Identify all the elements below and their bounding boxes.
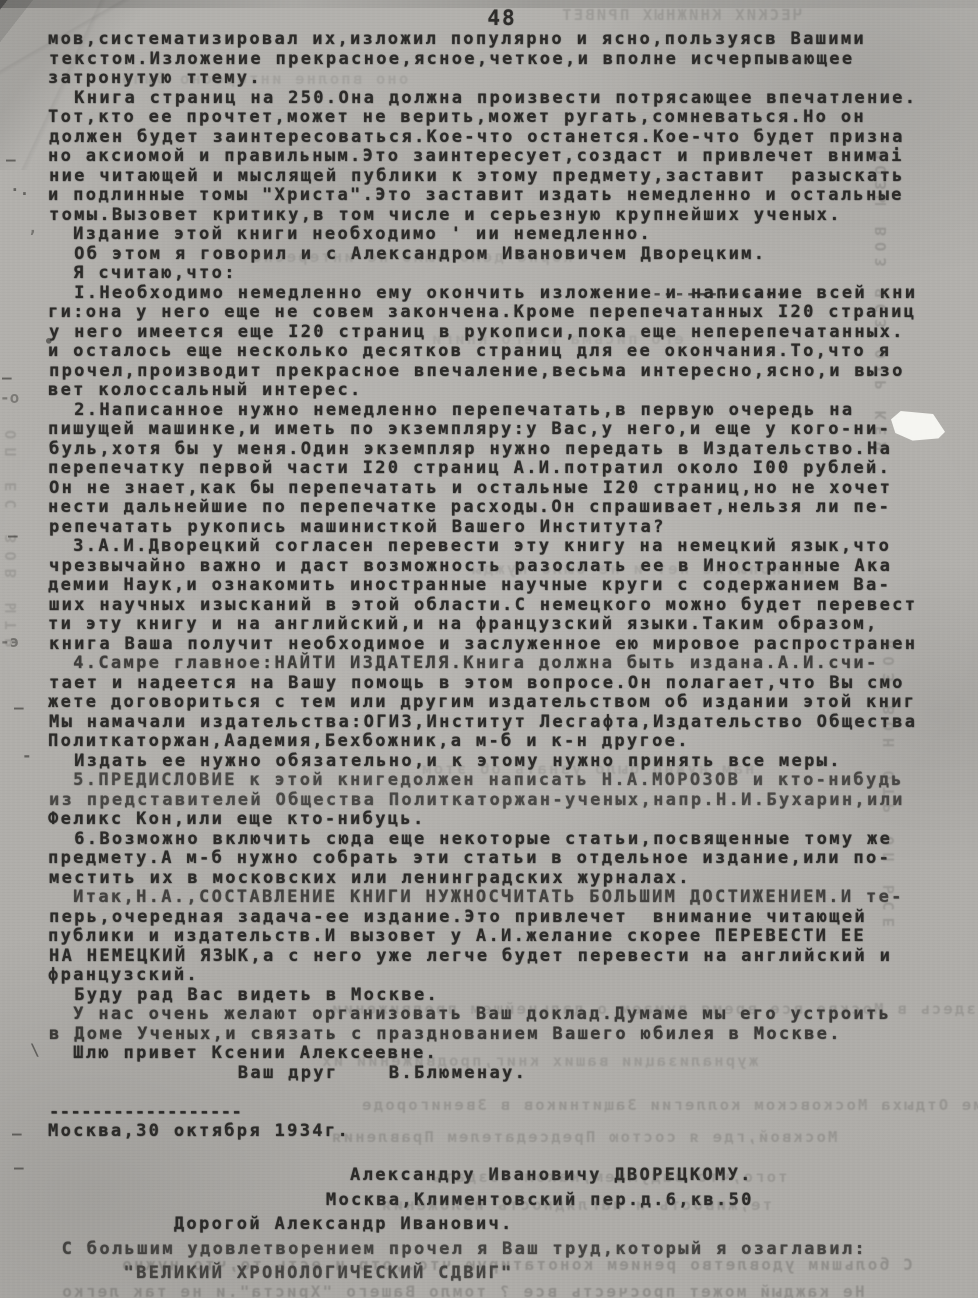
- typewritten-line: буль,хотя бы у меня.Один экземпляр нужно…: [49, 440, 960, 460]
- typewritten-line: перепечатку первой части I20 страниц А.И…: [48, 459, 960, 479]
- typewritten-line: книга Ваша получит необходимое и заслуже…: [49, 635, 960, 655]
- typewritten-line: Мы намачали издательства:ОГИЗ,Институт Л…: [49, 713, 960, 733]
- bleedthrough-text: ЧЕСКИХ КНИЖНЫХ ПРИВЕТ: [560, 6, 802, 24]
- typewritten-line: в Доме Ученых,и связать с празднованием …: [49, 1025, 960, 1045]
- typewritten-line: [48, 1083, 960, 1103]
- typewritten-line: Москва,Климентовский пер.д.6,кв.50: [49, 1191, 960, 1211]
- bleedthrough-text: ОП ЕС ЗОВ ЫТР: [2, 430, 20, 790]
- typewritten-line: ги:она у него еще не совем закончена.Кро…: [48, 303, 960, 323]
- typewritten-line: 6.Возможно включить сюда еще некоторые с…: [49, 830, 960, 850]
- typewritten-line: ших научных изысканий в этой области.С н…: [49, 596, 960, 616]
- typewritten-line: Тот,кто ее прочтет,может не верить,может…: [48, 108, 960, 128]
- typewritten-line: вет колоссальный интерес.: [48, 381, 960, 401]
- typewritten-line: нести дальнейшие по перепечатке расходы.…: [48, 498, 960, 518]
- typewritten-line: Шлю привет Ксении Алексеевне.: [48, 1044, 960, 1064]
- margin-mark: —: [2, 368, 12, 387]
- typewritten-line: I.Необходимо немедленно ему окончить изл…: [49, 284, 960, 304]
- margin-mark: ,: [28, 218, 38, 237]
- typewritten-line: "ВЕЛИКИЙ ХРОНОЛОГИЧЕСКИЙ СДВИГ": [48, 1264, 960, 1284]
- typewritten-line: и подлинные томы "Христа".Это заставит и…: [48, 186, 960, 206]
- typewritten-line: прочел,производит прекрасное впечаление,…: [49, 362, 960, 382]
- typewritten-line: 3.А.И.Дворецкий согласен перевести эту к…: [48, 537, 960, 557]
- typewritten-line: местить их в московских или ленинградски…: [49, 869, 960, 889]
- typewritten-line: Об этом я говорил и с Александром Иванов…: [49, 245, 960, 265]
- typewritten-line: 2.Написанное нужно немедленно перепечата…: [49, 401, 960, 421]
- margin-mark: —: [8, 526, 18, 545]
- letter-body: мов,систематизировал их,изложил популярн…: [48, 30, 960, 1284]
- margin-mark: —: [6, 150, 16, 169]
- typewritten-line: Он не знает,как бы перепечатать и осталь…: [49, 479, 960, 499]
- typewritten-line: у него имеется еще I20 страниц в рукопис…: [49, 323, 960, 343]
- typewritten-line: Ваш друг В.Блюменау.: [49, 1064, 960, 1084]
- typewritten-line: пишущей машинке,и иметь по экземпляру:у …: [48, 420, 960, 440]
- margin-mark: -: [22, 746, 32, 765]
- typewritten-line: 5.ПРЕДИСЛОВИЕ к этой книгедолжен написат…: [48, 771, 960, 791]
- typewritten-line: Политкаторжан,Аадемия,Бехбожник,а м-б и …: [48, 732, 960, 752]
- typewritten-line: и осталось еще несколько десятков страни…: [48, 342, 960, 362]
- typewritten-line: Феликс Кон,или еще кто-нибуць.: [48, 810, 960, 830]
- typewritten-line: тает и надеется на Вашу помощь в этом во…: [49, 674, 960, 694]
- typewritten-line: репечатать рукопись машинисткой Вашего И…: [49, 518, 960, 538]
- typewritten-line: У нас очень желают организовать Ваш докл…: [48, 1005, 960, 1025]
- margin-mark: ·.: [10, 180, 29, 199]
- typewritten-line: чрезвычайно важно и даст возможность раз…: [49, 557, 960, 577]
- typewritten-line: ти эту книгу и на английский,и на францу…: [48, 615, 960, 635]
- typewritten-line: ------------------: [49, 1103, 960, 1123]
- typewritten-line: но аксиомой и правильным.Это заинтересуе…: [48, 147, 960, 167]
- page-number: 48: [487, 6, 516, 30]
- scanned-page: 48 ------------ мов,систематизировал их,…: [0, 0, 978, 1298]
- typewritten-line: Издать ее нужно обязательно,и к этому ну…: [49, 752, 960, 772]
- typewritten-line: С большим удовлетворением прочел я Ваш т…: [49, 1240, 960, 1260]
- typewritten-line: [49, 1142, 960, 1162]
- typewritten-line: Москва,30 октября 1934г.: [48, 1122, 960, 1142]
- margin-mark: \: [30, 1040, 40, 1059]
- typewritten-line: перь,очередная задача-ее издание.Это при…: [49, 908, 960, 928]
- margin-mark: —: [14, 1158, 24, 1177]
- typewritten-line: должен будет заинтересоваться.Кое-что ос…: [49, 128, 960, 148]
- typewritten-line: Буду рад Вас видеть в Москве.: [49, 986, 960, 1006]
- typewritten-line: затронутую ттему.: [48, 69, 960, 89]
- margin-mark: —: [14, 698, 24, 717]
- typewritten-line: французский.: [48, 966, 960, 986]
- margin-mark: -о: [0, 388, 19, 407]
- typewritten-line: текстом.Изложение прекрасное,ясное,четко…: [49, 50, 960, 70]
- typewritten-line: ние читающей и мыслящей публики к этому …: [49, 167, 960, 187]
- typewritten-line: из представителей Общества Политкаторжан…: [49, 791, 960, 811]
- typewritten-line: НА НЕМЕЦКИЙ ЯЗЫК,а с него уже легче буде…: [49, 947, 960, 967]
- typewritten-line: мов,систематизировал их,изложил популярн…: [48, 30, 960, 50]
- bleedthrough-text: Не каждый может просчесть все ? томло Ва…: [60, 1282, 865, 1298]
- typewritten-line: томы.Вызовет критику,в том числе и серье…: [49, 206, 960, 226]
- typewritten-line: Дорогой Александр Иванович.: [48, 1215, 960, 1235]
- typewritten-line: Александру Ивановичу ДВОРЕЦКОМУ.: [48, 1166, 960, 1186]
- typewritten-line: демии Наук,и ознакомить иностранные науч…: [48, 576, 960, 596]
- typewritten-line: Книга страниц на 250.Она должна произвес…: [49, 89, 960, 109]
- typewritten-line: публики и издательств.И вызовет у А.И.же…: [48, 927, 960, 947]
- typewritten-line: Итак,Н.А.,СОСТАВЛЕНИЕ КНИГИ НУЖНОСЧИТАТЬ…: [48, 888, 960, 908]
- typewritten-line: Я считаю,что:: [48, 264, 960, 284]
- typewritten-line: Издание этой книги необходимо ' ии немед…: [48, 225, 960, 245]
- typewritten-line: предмету.А м-б нужно собрать эти статьи …: [48, 849, 960, 869]
- margin-mark: —: [12, 1124, 22, 1143]
- margin-mark: -э: [0, 632, 19, 651]
- typewritten-line: жете договориться с тем или другим издат…: [48, 693, 960, 713]
- typewritten-line: 4.Самре главное:НАЙТИ ИЗДАТЕЛЯ.Книга дол…: [48, 654, 960, 674]
